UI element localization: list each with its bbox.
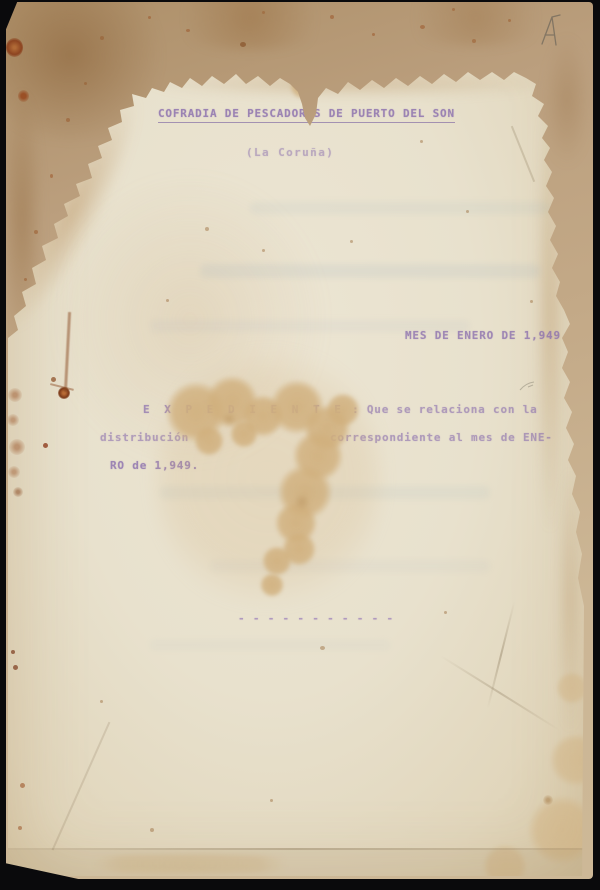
backing-fleck [50,174,53,178]
show-through-mark [200,264,540,278]
paper-fleck [444,611,447,614]
paper-fleck [150,828,154,832]
stain-blob [326,393,360,427]
rust-spot [8,466,20,478]
paper-fleck [205,227,209,231]
rust-spot [7,414,19,426]
rust-spot [18,90,29,102]
paper-fleck [100,700,103,703]
stain-blob [230,420,258,448]
scanned-document-photo: COFRADIA DE PESCADORES DE PUERTO DEL SON… [0,0,600,890]
backing-fleck [372,33,375,36]
paper-fleck [262,249,265,252]
backing-stain [544,36,590,166]
stain-blob [294,494,310,510]
paper-fleck [320,646,325,650]
rust-spot [51,377,56,382]
rust-spot [9,439,25,455]
rust-spot [13,487,23,497]
pencil-tick-mark [518,380,538,394]
rust-spot [20,783,25,788]
rust-spot [13,665,18,670]
stain-blob [194,426,224,456]
pencil-annotation-letter [537,13,563,49]
rust-spot [543,795,553,805]
paper-fold-shade [8,850,584,876]
rust-spot [18,826,22,830]
paper-crease [511,126,535,182]
paper-fleck [530,300,533,303]
doc-place: (La Coruña) [246,146,334,159]
paper-fleck [420,140,423,143]
stain-blob [222,412,236,426]
rust-spot [8,388,22,402]
paper-crease [440,655,560,730]
paper-fleck [166,299,169,302]
paper-fleck [350,240,353,243]
rust-spot [43,443,48,448]
rust-spot [6,38,23,57]
paper-fleck [466,210,469,213]
stain-blob [556,672,588,704]
rust-spot [11,650,15,654]
paper-crease [52,722,110,851]
stain-blob [260,573,284,597]
date-line: MES DE ENERO DE 1,949. [405,329,568,342]
show-through-mark [250,202,550,214]
expediente-intro: : Que se relaciona con la [352,403,538,416]
stain-blob [262,546,292,576]
backing-stain [165,0,335,50]
backing-stain [396,0,556,46]
paper-fleck [270,799,273,802]
separator-dashes: - - - - - - - - - - - [238,612,394,625]
show-through-mark [150,640,390,650]
